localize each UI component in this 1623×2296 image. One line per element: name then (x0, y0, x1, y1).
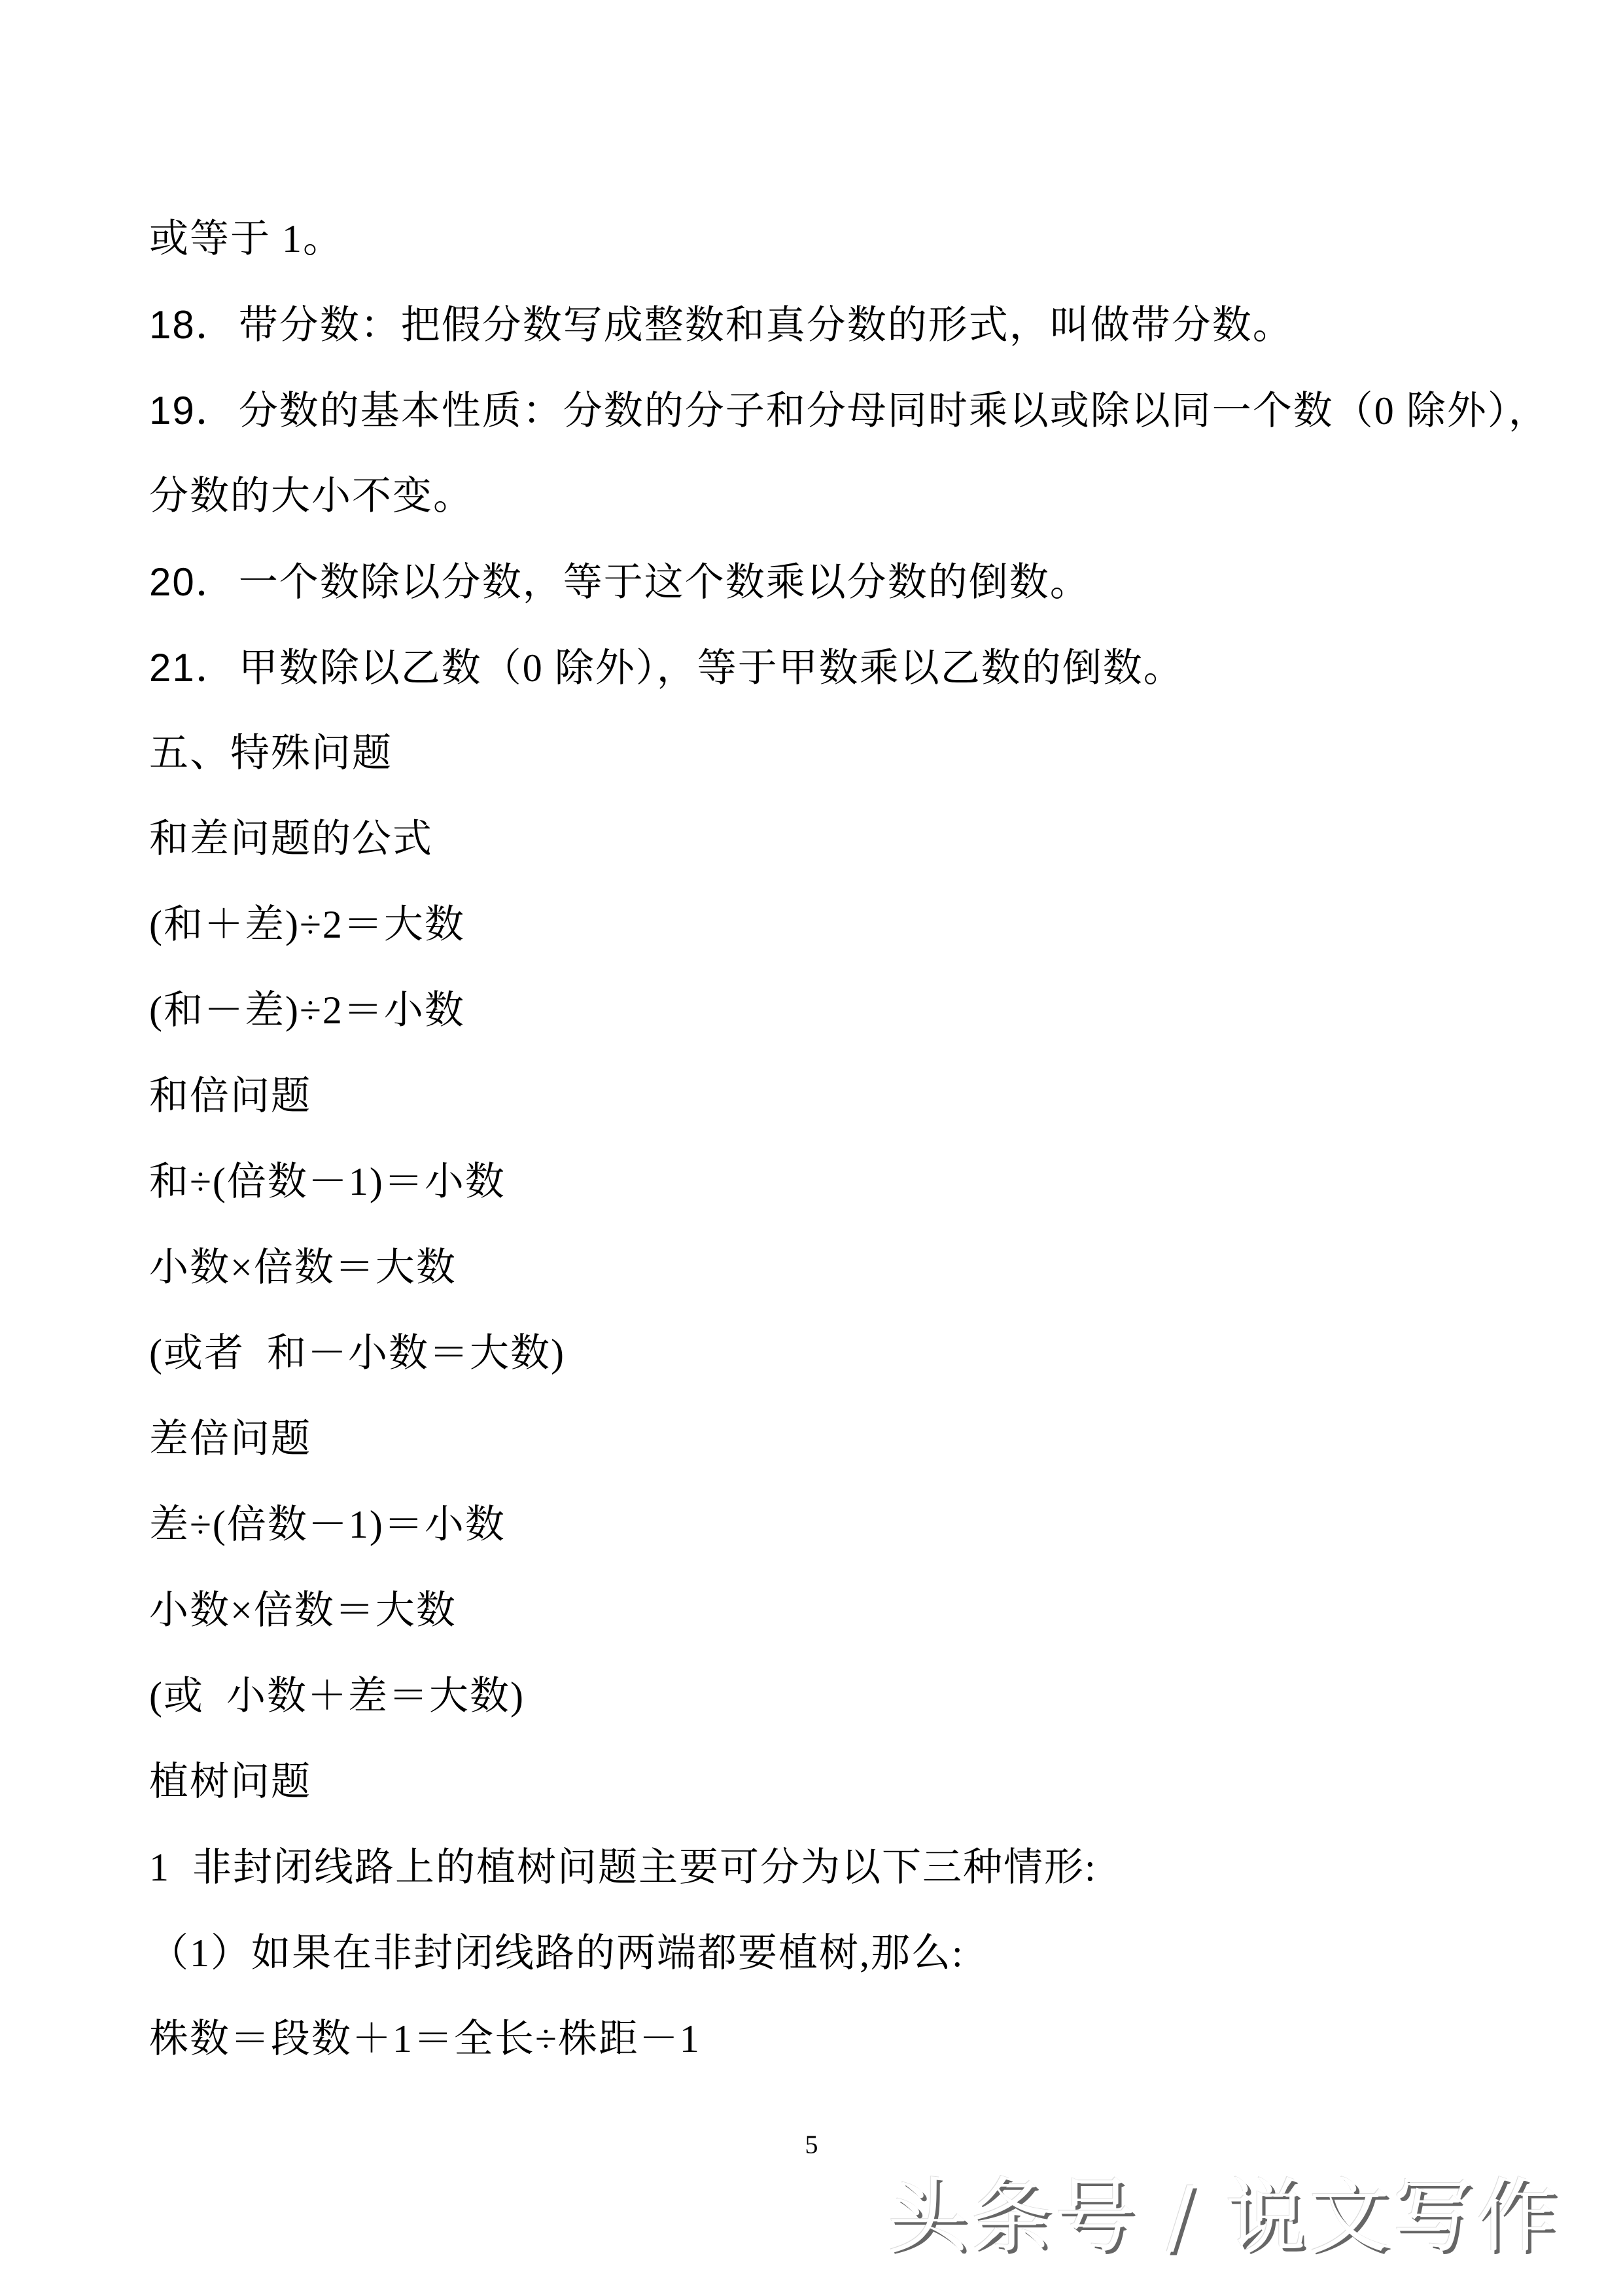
formula-line: 株数＝段数＋1＝全长÷株距－1 (149, 1996, 1523, 2082)
numbered-item-18: 18．带分数：把假分数写成整数和真分数的形式，叫做带分数。 (149, 282, 1523, 368)
numbered-item-21: 21．甲数除以乙数（0 除外），等于甲数乘以乙数的倒数。 (149, 625, 1523, 711)
section-heading: 五、特殊问题 (149, 711, 1523, 796)
formula-text: 小数×倍数＝大数 (149, 1589, 457, 1632)
formula-line: (或者 和－小数＝大数) (149, 1311, 1523, 1396)
formula-line: 和÷(倍数－1)＝小数 (149, 1139, 1523, 1225)
text-line-continuation: 分数的大小不变。 (149, 453, 1523, 539)
subsection-heading-tree-planting: 植树问题 (149, 1739, 1523, 1825)
subsection-heading-difference-multiple: 差倍问题 (149, 1396, 1523, 1482)
line-text: 1 非封闭线路上的植树问题主要可分为以下三种情形: (149, 1846, 1097, 1889)
formula-line: (和＋差)÷2＝大数 (149, 882, 1523, 968)
formula-line: (和－差)÷2＝小数 (149, 968, 1523, 1053)
formula-line: 小数×倍数＝大数 (149, 1225, 1523, 1311)
item-number: 19． (149, 389, 236, 433)
heading-text: 差倍问题 (149, 1417, 311, 1460)
item-number: 21． (149, 646, 236, 690)
line-text: 分数的基本性质：分数的分子和分母同时乘以或除以同一个数（0 除外）， (239, 389, 1549, 433)
line-text: 分数的大小不变。 (149, 474, 474, 518)
line-text: 或等于 1。 (149, 217, 343, 260)
page-number: 5 (0, 2130, 1623, 2159)
line-text: 甲数除以乙数（0 除外），等于甲数乘以乙数的倒数。 (239, 646, 1184, 690)
heading-text: 和倍问题 (149, 1074, 311, 1118)
text-line: 1 非封闭线路上的植树问题主要可分为以下三种情形: (149, 1825, 1523, 1911)
heading-text: 植树问题 (149, 1760, 311, 1803)
line-text: （1）如果在非封闭线路的两端都要植树,那么: (149, 1932, 964, 1975)
document-body: 或等于 1。 18．带分数：把假分数写成整数和真分数的形式，叫做带分数。 19．… (149, 196, 1523, 2082)
line-text: 一个数除以分数，等于这个数乘以分数的倒数。 (239, 561, 1091, 604)
formula-text: (或者 和－小数＝大数) (149, 1332, 565, 1375)
item-number: 18． (149, 303, 236, 347)
formula-text: 和÷(倍数－1)＝小数 (149, 1160, 506, 1203)
formula-text: (或 小数＋差＝大数) (149, 1674, 525, 1718)
text-line-continuation: 或等于 1。 (149, 196, 1523, 282)
heading-text: 和差问题的公式 (149, 817, 433, 860)
formula-text: (和－差)÷2＝小数 (149, 989, 465, 1032)
formula-line: (或 小数＋差＝大数) (149, 1653, 1523, 1739)
watermark: 头条号 / 说文写作 (887, 2171, 1594, 2263)
subsection-heading-sum-difference: 和差问题的公式 (149, 796, 1523, 882)
formula-text: 小数×倍数＝大数 (149, 1246, 457, 1289)
numbered-item-20: 20．一个数除以分数，等于这个数乘以分数的倒数。 (149, 539, 1523, 625)
formula-line: 小数×倍数＝大数 (149, 1568, 1523, 1653)
formula-text: 株数＝段数＋1＝全长÷株距－1 (149, 2017, 701, 2060)
formula-text: 差÷(倍数－1)＝小数 (149, 1503, 506, 1546)
numbered-item-19: 19．分数的基本性质：分数的分子和分母同时乘以或除以同一个数（0 除外）， (149, 368, 1523, 453)
item-number: 20． (149, 560, 236, 604)
line-text: 带分数：把假分数写成整数和真分数的形式，叫做带分数。 (239, 304, 1293, 347)
formula-text: (和＋差)÷2＝大数 (149, 903, 465, 946)
text-line: （1）如果在非封闭线路的两端都要植树,那么: (149, 1911, 1523, 1996)
heading-text: 五、特殊问题 (149, 732, 393, 775)
subsection-heading-sum-multiple: 和倍问题 (149, 1053, 1523, 1139)
formula-line: 差÷(倍数－1)＝小数 (149, 1482, 1523, 1568)
